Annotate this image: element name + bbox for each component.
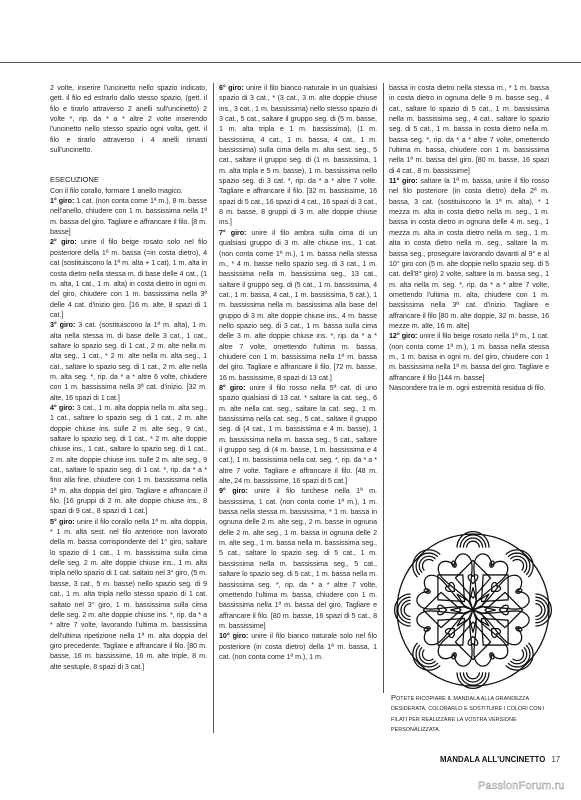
round-3: 3° giro: 3 cat. (sostituiscono la 1ª m. … bbox=[50, 320, 207, 403]
caption-text: otete ricopiare il mandala alla grandezz… bbox=[391, 696, 545, 733]
round-label: 6° giro: bbox=[219, 84, 244, 92]
round-label: 11° giro: bbox=[389, 177, 418, 185]
round-9: 9° giro: unire il filo turchese nella 1ª… bbox=[219, 486, 377, 631]
round-text: unire il filo beige rosato solo nel filo… bbox=[50, 238, 207, 318]
column-3: bassa in costa dietro nella stessa m., *… bbox=[389, 83, 549, 393]
column-2: 6° giro: unire il filo bianco naturale i… bbox=[219, 83, 377, 662]
round-text: unire il filo turchese nella 1ª m. bassi… bbox=[219, 487, 377, 629]
section-heading: ESECUZIONE bbox=[50, 175, 207, 185]
round-2: 2° giro: unire il filo beige rosato solo… bbox=[50, 237, 207, 320]
round-text: 3 cat., 1 m. alta doppia nella m. alta s… bbox=[50, 404, 207, 515]
column-divider bbox=[383, 83, 384, 693]
round-label: 8° giro: bbox=[219, 384, 245, 392]
round-11: 11° giro: saltare la 1ª m. bassa, unire … bbox=[389, 176, 549, 331]
round-label: 1° giro: bbox=[50, 197, 74, 205]
mandala-illustration bbox=[393, 530, 553, 690]
round-4: 4° giro: 3 cat., 1 m. alta doppia nella … bbox=[50, 403, 207, 517]
round-10: 10° giro: unire il filo bianco naturale … bbox=[219, 631, 377, 662]
round-5: 5° giro: unire il filo corallo nella 1ª … bbox=[50, 517, 207, 672]
round-text: 1 cat. (non conta come 1ª m.), 8 m. bass… bbox=[50, 197, 207, 236]
watermark: PassionForum.ru bbox=[478, 780, 565, 792]
round-text: unire il filo ambra sulla cima di un qua… bbox=[219, 229, 377, 382]
round-label: 2° giro: bbox=[50, 238, 77, 246]
round-label: 7° giro: bbox=[219, 229, 246, 237]
page-footer: MANDALA ALL'UNCINETTO17 bbox=[440, 755, 560, 764]
closing-instruction: Nascondere tra le m. ogni estremità resi… bbox=[389, 383, 549, 393]
magazine-title: MANDALA ALL'UNCINETTO bbox=[440, 755, 545, 764]
round-text: 3 cat. (sostituiscono la 1ª m. alta), 1 … bbox=[50, 321, 207, 401]
round-6: 6° giro: unire il filo bianco naturale i… bbox=[219, 83, 377, 228]
column-1: 2 volte, inserire l'uncinetto nello spaz… bbox=[50, 83, 207, 672]
intro-paragraph: 2 volte, inserire l'uncinetto nello spaz… bbox=[50, 83, 207, 155]
round-label: 5° giro: bbox=[50, 518, 75, 526]
round-text: unire il filo corallo nella 1ª m. alta d… bbox=[50, 518, 207, 671]
round-label: 3° giro: bbox=[50, 321, 75, 329]
round-7: 7° giro: unire il filo ambra sulla cima … bbox=[219, 228, 377, 383]
round-text: unire il filo rosso nella 5ª cat. di uno… bbox=[219, 384, 377, 485]
round-8: 8° giro: unire il filo rosso nella 5ª ca… bbox=[219, 383, 377, 486]
round-label: 4° giro: bbox=[50, 404, 75, 412]
header-rule bbox=[0, 62, 581, 63]
round-label: 10° giro: bbox=[219, 632, 248, 640]
round-12: 12° giro: unire il filo beige rosato nel… bbox=[389, 331, 549, 383]
round-text: saltare la 1ª m. bassa, unire il filo ro… bbox=[389, 177, 549, 330]
illustration-caption: Potete ricopiare il mandala alla grandez… bbox=[391, 693, 551, 735]
start-instruction: Con il filo corallo, formare 1 anello ma… bbox=[50, 186, 207, 196]
round-label: 12° giro: bbox=[389, 332, 417, 340]
round-1: 1° giro: 1 cat. (non conta come 1ª m.), … bbox=[50, 196, 207, 237]
round-10-continuation: bassa in costa dietro nella stessa m., *… bbox=[389, 83, 549, 176]
round-label: 9° giro: bbox=[219, 487, 248, 495]
page-number: 17 bbox=[551, 755, 560, 764]
column-divider bbox=[213, 83, 214, 733]
round-text: unire il filo bianco naturale in un qual… bbox=[219, 84, 377, 226]
